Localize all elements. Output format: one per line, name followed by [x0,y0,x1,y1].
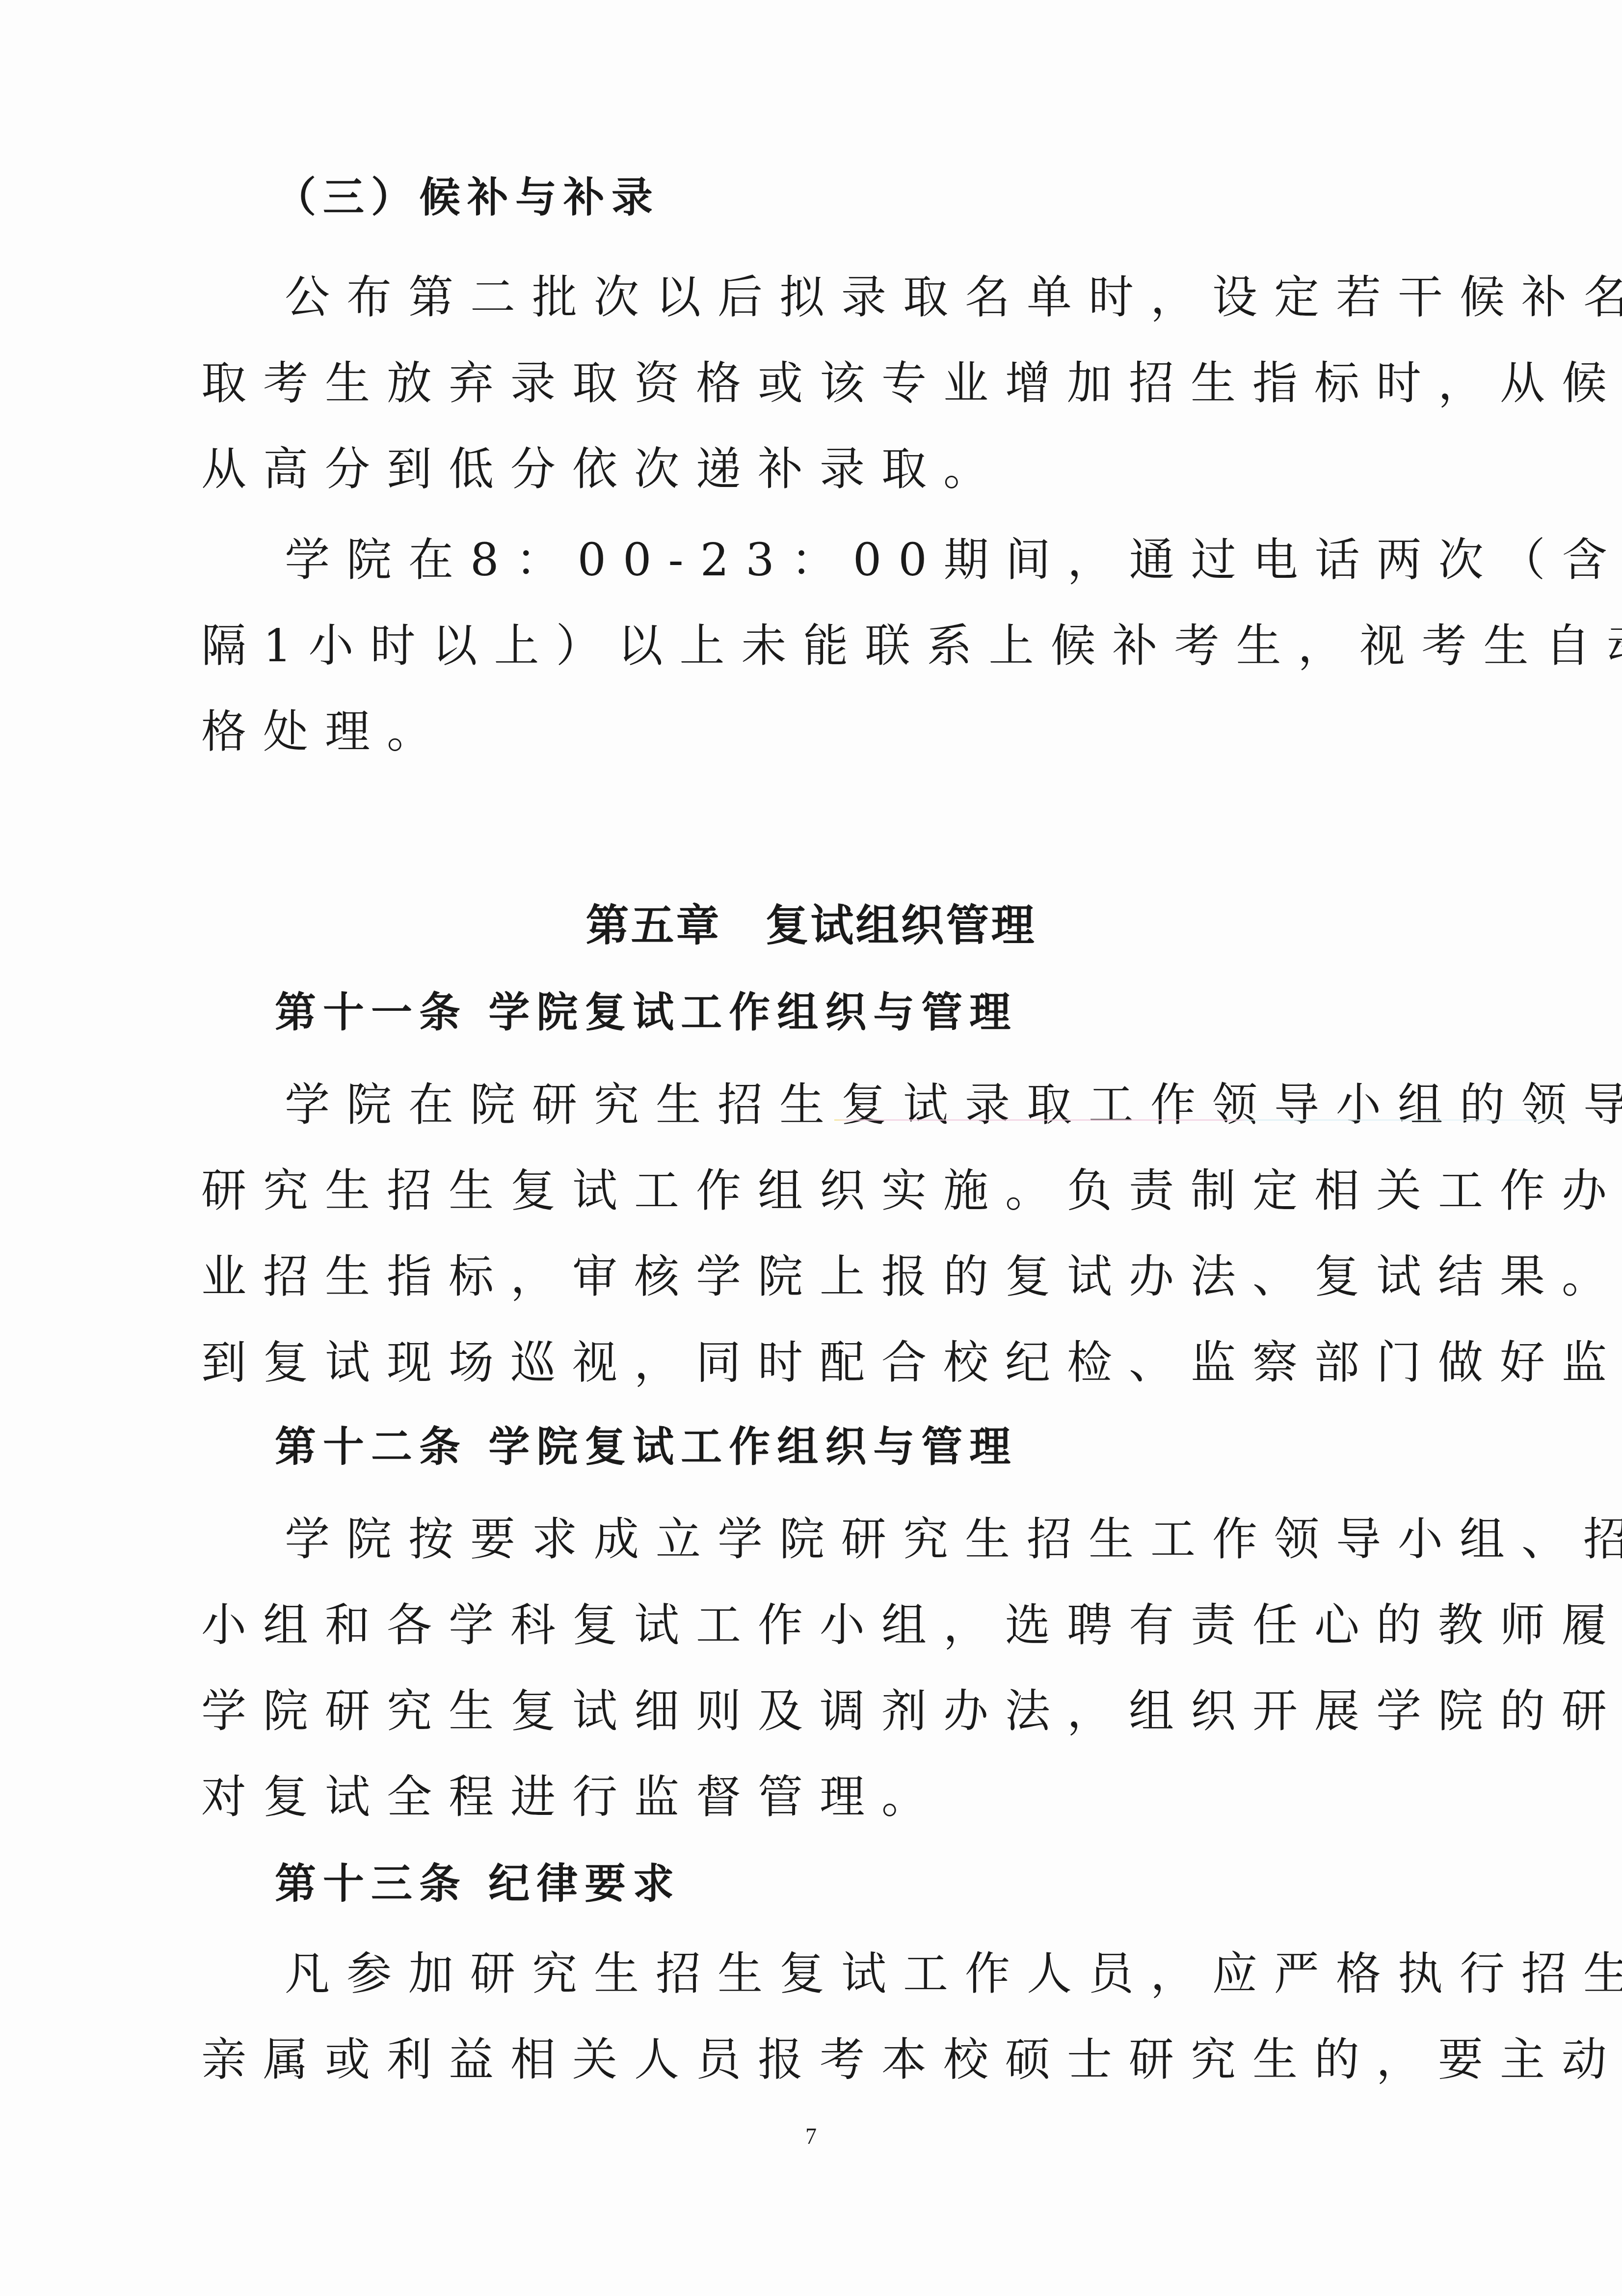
chapter-title: 第五章复试组织管理 [0,891,1622,953]
page-number: 7 [0,2123,1622,2149]
paragraph-line: 隔1小时以上）以上未能联系上候补考生，视考生自动放弃候补资 [201,623,1622,669]
scan-artifact-line [834,1119,1570,1121]
paragraph-line: 学院按要求成立学院研究生招生工作领导小组、招生工作监督 [285,1517,1622,1562]
paragraph-line: 到复试现场巡视，同时配合校纪检、监察部门做好监督检查。 [201,1340,1622,1385]
paragraph-line: 对复试全程进行监督管理。 [201,1775,943,1820]
paragraph-line: 小组和各学科复试工作小组，选聘有责任心的教师履行职责；制定 [201,1603,1622,1648]
paragraph-line: 取考生放弃录取资格或该专业增加招生指标时，从候补录取考生中 [201,361,1622,406]
article-heading-13: 第十三条 纪律要求 [275,1863,681,1904]
paragraph-line: 学院在院研究生招生复试录取工作领导小组的领导下对全院 [285,1082,1622,1128]
paragraph-line: 格处理。 [201,709,449,755]
document-page: （三）候补与补录 公布第二批次以后拟录取名单时，设定若干候补名额。当拟录 取考生… [0,0,1622,2296]
paragraph-line: 从高分到低分依次递补录取。 [201,447,1005,492]
paragraph-line: 业招生指标，审核学院上报的复试办法、复试结果。选派专门人员 [201,1254,1622,1299]
article-heading-11: 第十一条 学院复试工作组织与管理 [275,992,1017,1033]
chapter-name: 复试组织管理 [766,891,1037,953]
paragraph-line: 公布第二批次以后拟录取名单时，设定若干候补名额。当拟录 [285,275,1622,320]
article-heading-12: 第十二条 学院复试工作组织与管理 [275,1426,1017,1467]
chapter-number: 第五章 [585,891,721,953]
paragraph-line: 学院在8：00-23：00期间，通过电话两次（含两次，时间间 [285,538,1622,583]
section-heading-waitlist: （三）候补与补录 [275,177,660,218]
paragraph-line: 凡参加研究生招生复试工作人员，应严格执行招生纪律。涉及 [285,1951,1622,1997]
paragraph-line: 亲属或利益相关人员报考本校硕士研究生的，要主动提出，实行回 [201,2037,1622,2082]
paragraph-line: 研究生招生复试工作组织实施。负责制定相关工作办法、分配各专 [201,1168,1622,1214]
paragraph-line: 学院研究生复试细则及调剂办法，组织开展学院的研究生复试工作， [201,1689,1622,1734]
